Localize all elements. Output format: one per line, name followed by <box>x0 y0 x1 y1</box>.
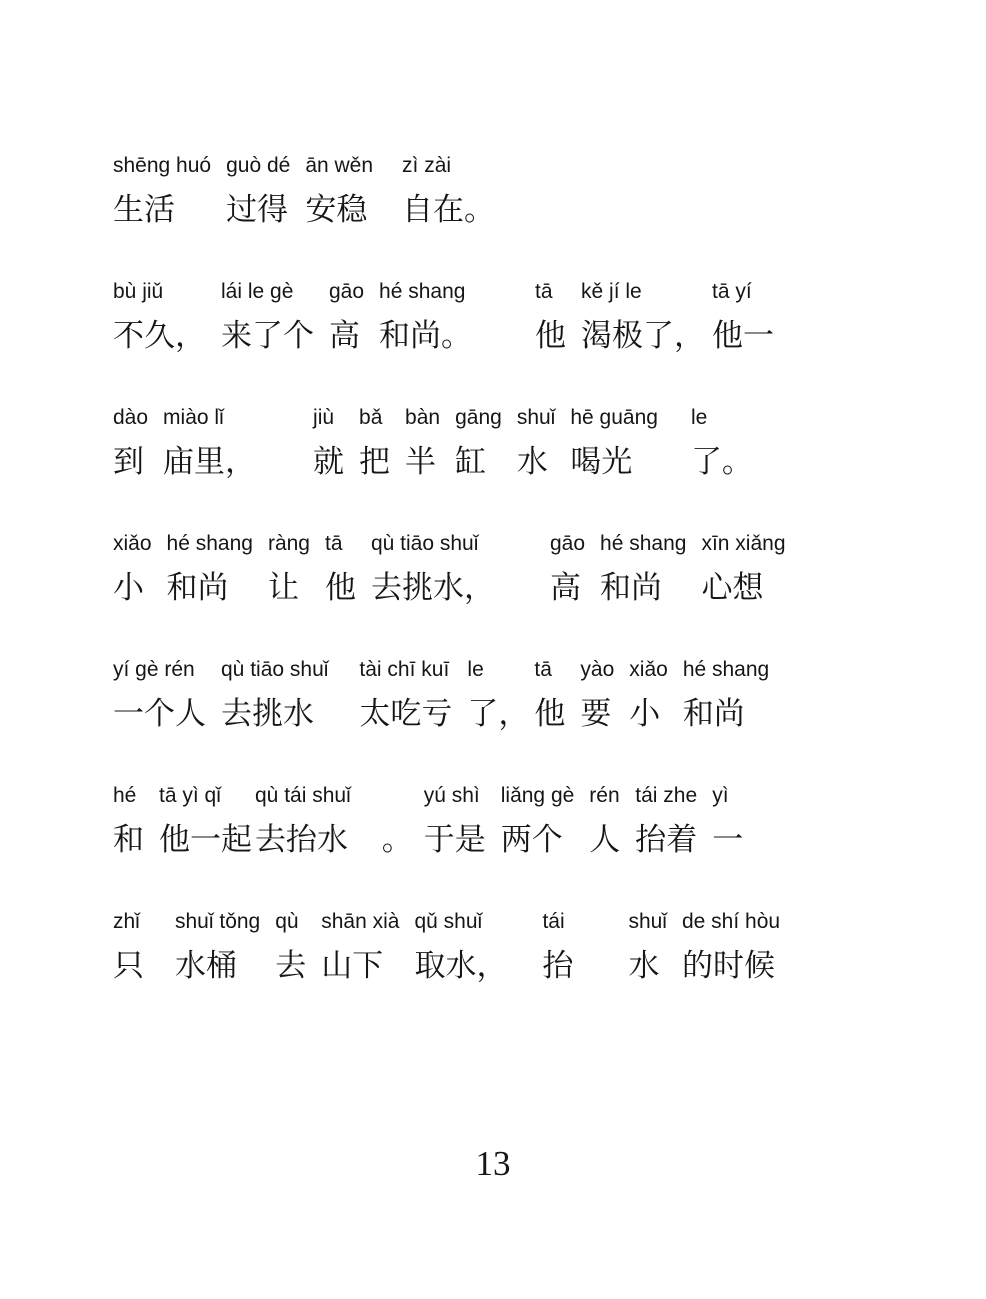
word-unit: guò dé过得 <box>226 156 290 226</box>
pinyin-text: rén <box>589 786 620 806</box>
pinyin-text: yì <box>712 786 743 806</box>
pinyin-text: tā <box>325 534 356 554</box>
hanzi-text: 去抬水 <box>255 823 351 856</box>
pinyin-text: ràng <box>268 534 310 554</box>
word-unit: tái zhe抬着 <box>635 786 697 856</box>
hanzi-text: 把 <box>359 445 390 478</box>
word-unit: yì一 <box>712 786 743 856</box>
word-unit: xīn xiǎng心想 <box>701 534 785 604</box>
hanzi-text: 喝光 <box>570 445 658 478</box>
hanzi-text: 水 <box>628 949 667 982</box>
text-lines: shēng huó生活guò dé过得ān wěn安稳zì zài自在。bù j… <box>113 156 946 1038</box>
hanzi-text: 他一 <box>712 319 774 352</box>
hanzi-text: 人 <box>589 823 620 856</box>
hanzi-text: 和 <box>113 823 144 856</box>
text-line: zhǐ只shuǐ tǒng水桶qù去shān xià山下qǔ shuǐ取水，tá… <box>113 912 946 982</box>
word-unit: qù去 <box>275 912 306 982</box>
pinyin-text: tái <box>542 912 573 932</box>
hanzi-text: 一个人 <box>113 697 206 730</box>
hanzi-text: 安稳 <box>305 193 373 226</box>
pinyin-text: hé shang <box>167 534 253 554</box>
pinyin-text: tài chī kuī <box>359 660 452 680</box>
word-unit: hé shang和尚 <box>683 660 769 730</box>
pinyin-text: bàn <box>405 408 440 428</box>
hanzi-text: 高 <box>550 571 585 604</box>
hanzi-text: 去挑水 <box>221 697 328 730</box>
hanzi-text: 去 <box>275 949 306 982</box>
hanzi-text: 水 <box>517 445 556 478</box>
word-unit: shuǐ水 <box>628 912 667 982</box>
pinyin-text: kě jí le <box>581 282 705 302</box>
word-unit: gāng缸 <box>455 408 502 478</box>
word-unit: shān xià山下 <box>321 912 399 982</box>
document-page: shēng huó生活guò dé过得ān wěn安稳zì zài自在。bù j… <box>0 0 986 1299</box>
pinyin-text: xiǎo <box>629 660 668 680</box>
hanzi-text: 小 <box>113 571 152 604</box>
pinyin-text: xīn xiǎng <box>701 534 785 554</box>
pinyin-text: zì zài <box>402 156 495 176</box>
hanzi-text: 一 <box>712 823 743 856</box>
word-unit: qǔ shuǐ取水， <box>414 912 507 982</box>
pinyin-text: lái le gè <box>221 282 314 302</box>
word-unit: shēng huó生活 <box>113 156 211 226</box>
pinyin-text: yú shì <box>424 786 486 806</box>
word-unit: le了， <box>467 660 529 730</box>
text-line: yí gè rén一个人qù tiāo shuǐ去挑水tài chī kuī太吃… <box>113 660 946 730</box>
hanzi-text: 山下 <box>321 949 399 982</box>
word-unit: hé shang和尚 <box>167 534 253 604</box>
hanzi-text: 他一起 <box>159 823 252 856</box>
word-unit: shuǐ tǒng水桶 <box>175 912 260 982</box>
hanzi-text: 了， <box>467 697 529 730</box>
pinyin-text: qù tiāo shuǐ <box>221 660 328 680</box>
hanzi-text: 他 <box>534 697 565 730</box>
pinyin-text: bù jiǔ <box>113 282 206 302</box>
hanzi-text: 过得 <box>226 193 290 226</box>
word-unit: tā yì qǐ他一起 <box>159 786 252 856</box>
word-unit: tā他 <box>325 534 356 604</box>
pinyin-text: hé shang <box>379 282 472 302</box>
hanzi-text: 抬 <box>542 949 573 982</box>
pinyin-text: shuǐ tǒng <box>175 912 260 932</box>
text-line: bù jiǔ不久，lái le gè来了个gāo高hé shang和尚。tā他k… <box>113 282 946 352</box>
pinyin-text: jiù <box>313 408 344 428</box>
word-unit: tā他 <box>534 660 565 730</box>
page-number: 13 <box>0 1144 986 1184</box>
word-unit: bǎ把 <box>359 408 390 478</box>
hanzi-text: 高 <box>329 319 364 352</box>
pinyin-text: qù <box>275 912 306 932</box>
pinyin-text <box>382 786 413 806</box>
word-unit: ān wěn安稳 <box>305 156 373 226</box>
word-unit: kě jí le渴极了， <box>581 282 705 352</box>
pinyin-text: tā <box>535 282 566 302</box>
word-unit: bù jiǔ不久， <box>113 282 206 352</box>
word-unit: dào到 <box>113 408 148 478</box>
pinyin-text: yào <box>580 660 614 680</box>
hanzi-text: 于是 <box>424 823 486 856</box>
pinyin-text: qù tái shuǐ <box>255 786 351 806</box>
word-unit: zhǐ只 <box>113 912 144 982</box>
pinyin-text: gāo <box>550 534 585 554</box>
word-unit: yú shì于是 <box>424 786 486 856</box>
word-unit: 。 <box>382 786 413 856</box>
hanzi-text: 两个 <box>501 823 575 856</box>
text-line: xiǎo小hé shang和尚ràng让tā他qù tiāo shuǐ去挑水，g… <box>113 534 946 604</box>
word-unit: qù tiāo shuǐ去挑水， <box>371 534 495 604</box>
pinyin-text: xiǎo <box>113 534 152 554</box>
pinyin-text: le <box>691 408 753 428</box>
pinyin-text: dào <box>113 408 148 428</box>
pinyin-text: hē guāng <box>570 408 658 428</box>
pinyin-text: shān xià <box>321 912 399 932</box>
hanzi-text: 让 <box>268 571 310 604</box>
pinyin-text: tā <box>534 660 565 680</box>
pinyin-text: tái zhe <box>635 786 697 806</box>
word-unit: xiǎo小 <box>629 660 668 730</box>
hanzi-text: 的时候 <box>682 949 780 982</box>
hanzi-text: 和尚 <box>600 571 686 604</box>
word-unit: tái抬 <box>542 912 573 982</box>
hanzi-text: 来了个 <box>221 319 314 352</box>
word-unit: zì zài自在。 <box>402 156 495 226</box>
hanzi-text: 了。 <box>691 445 753 478</box>
hanzi-text: 水桶 <box>175 949 260 982</box>
word-unit: xiǎo小 <box>113 534 152 604</box>
text-line: dào到miào lǐ庙里，jiù就bǎ把bàn半gāng缸shuǐ水hē gu… <box>113 408 946 478</box>
word-unit: gāo高 <box>329 282 364 352</box>
hanzi-text: 小 <box>629 697 668 730</box>
word-unit: qù tiāo shuǐ去挑水 <box>221 660 328 730</box>
pinyin-text: yí gè rén <box>113 660 206 680</box>
text-line: shēng huó生活guò dé过得ān wěn安稳zì zài自在。 <box>113 156 946 226</box>
word-unit: tā他 <box>535 282 566 352</box>
pinyin-text: tā yí <box>712 282 774 302</box>
pinyin-text: shēng huó <box>113 156 211 176</box>
pinyin-text: gāo <box>329 282 364 302</box>
pinyin-text: shuǐ <box>628 912 667 932</box>
hanzi-text: 渴极了， <box>581 319 705 352</box>
pinyin-text: liǎng gè <box>501 786 575 806</box>
word-unit: hé和 <box>113 786 144 856</box>
hanzi-text: 生活 <box>113 193 211 226</box>
hanzi-text: 只 <box>113 949 144 982</box>
word-unit: yào要 <box>580 660 614 730</box>
pinyin-text: le <box>467 660 529 680</box>
hanzi-text: 就 <box>313 445 344 478</box>
hanzi-text: 缸 <box>455 445 502 478</box>
hanzi-text: 。 <box>382 823 413 856</box>
pinyin-text: miào lǐ <box>163 408 256 428</box>
hanzi-text: 不久， <box>113 319 206 352</box>
pinyin-text: tā yì qǐ <box>159 786 252 806</box>
pinyin-text: de shí hòu <box>682 912 780 932</box>
pinyin-text: hé <box>113 786 144 806</box>
hanzi-text: 到 <box>113 445 148 478</box>
word-unit: de shí hòu的时候 <box>682 912 780 982</box>
pinyin-text: gāng <box>455 408 502 428</box>
word-unit: hé shang和尚。 <box>379 282 472 352</box>
word-unit: shuǐ水 <box>517 408 556 478</box>
hanzi-text: 要 <box>580 697 614 730</box>
word-unit: qù tái shuǐ去抬水 <box>255 786 351 856</box>
word-unit: ràng让 <box>268 534 310 604</box>
word-unit: liǎng gè两个 <box>501 786 575 856</box>
hanzi-text: 他 <box>535 319 566 352</box>
word-unit: le了。 <box>691 408 753 478</box>
hanzi-text: 庙里， <box>163 445 256 478</box>
hanzi-text: 和尚 <box>683 697 769 730</box>
hanzi-text: 取水， <box>414 949 507 982</box>
word-unit: yí gè rén一个人 <box>113 660 206 730</box>
hanzi-text: 自在。 <box>402 193 495 226</box>
hanzi-text: 抬着 <box>635 823 697 856</box>
pinyin-text: hé shang <box>683 660 769 680</box>
word-unit: miào lǐ庙里， <box>163 408 256 478</box>
word-unit: rén人 <box>589 786 620 856</box>
hanzi-text: 半 <box>405 445 440 478</box>
word-unit: hē guāng喝光 <box>570 408 658 478</box>
pinyin-text: shuǐ <box>517 408 556 428</box>
word-unit: lái le gè来了个 <box>221 282 314 352</box>
hanzi-text: 和尚 <box>167 571 253 604</box>
pinyin-text: ān wěn <box>305 156 373 176</box>
pinyin-text: zhǐ <box>113 912 144 932</box>
word-unit: jiù就 <box>313 408 344 478</box>
word-unit: tài chī kuī太吃亏 <box>359 660 452 730</box>
text-line: hé和tā yì qǐ他一起qù tái shuǐ去抬水。yú shì于是liǎ… <box>113 786 946 856</box>
word-unit: tā yí他一 <box>712 282 774 352</box>
pinyin-text: hé shang <box>600 534 686 554</box>
pinyin-text: qù tiāo shuǐ <box>371 534 495 554</box>
word-unit: gāo高 <box>550 534 585 604</box>
hanzi-text: 去挑水， <box>371 571 495 604</box>
hanzi-text: 太吃亏 <box>359 697 452 730</box>
word-unit: hé shang和尚 <box>600 534 686 604</box>
pinyin-text: qǔ shuǐ <box>414 912 507 932</box>
pinyin-text: guò dé <box>226 156 290 176</box>
hanzi-text: 和尚。 <box>379 319 472 352</box>
word-unit: bàn半 <box>405 408 440 478</box>
hanzi-text: 他 <box>325 571 356 604</box>
hanzi-text: 心想 <box>701 571 785 604</box>
pinyin-text: bǎ <box>359 408 390 428</box>
